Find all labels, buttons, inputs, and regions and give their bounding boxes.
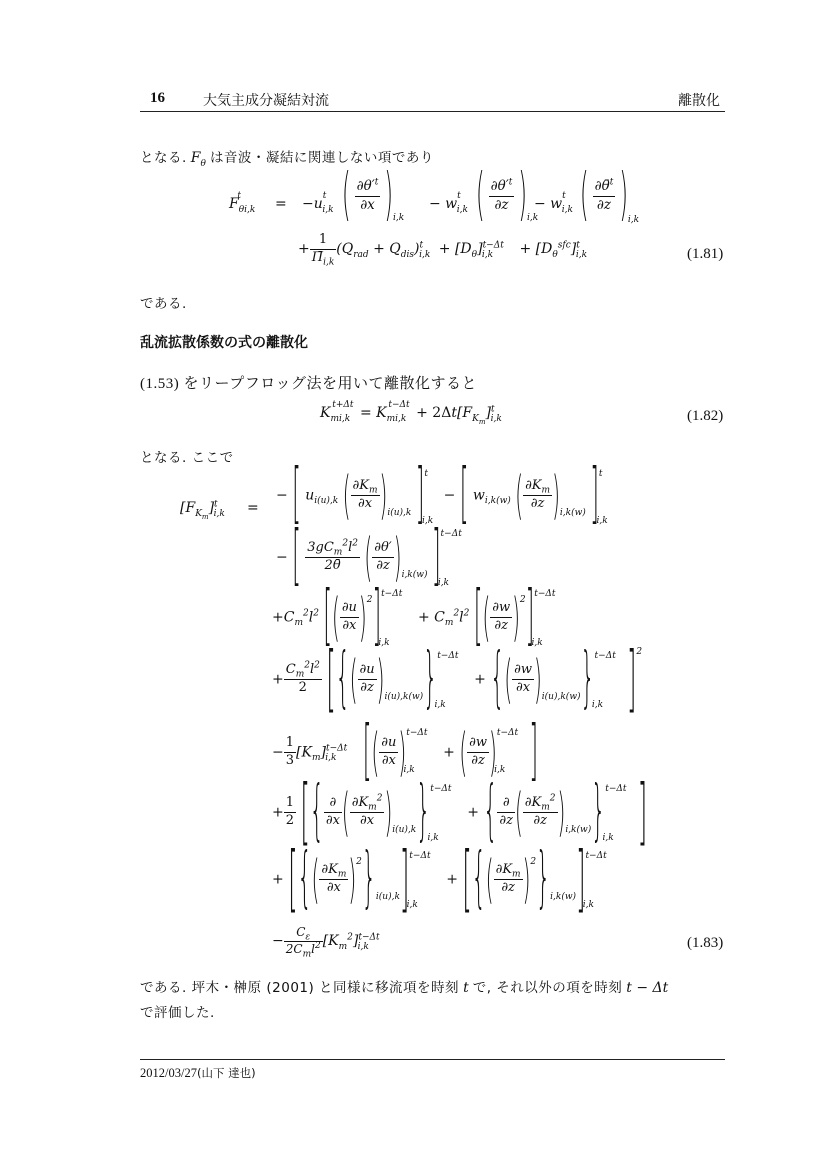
paragraph-after-182: となる. ここで (140, 446, 234, 466)
paragraph-after-181: である. (140, 292, 187, 312)
paragraph-intro-182: (1.53) をリープフロッグ法を用いて離散化すると (140, 372, 477, 393)
footer-author: (山下 達也) (197, 1066, 256, 1080)
footer-date: 2012/03/27 (140, 1066, 197, 1080)
text: で, それ以外の項を時刻 (473, 980, 623, 996)
chapter-title: 大気主成分凝結対流 (203, 90, 329, 110)
paragraph-closing-line2: で評価した. (140, 1001, 215, 1021)
math-t-minus-dt: t − Δt (626, 980, 668, 996)
subsection-heading: 乱流拡散係数の式の離散化 (140, 332, 308, 352)
header-rule (140, 111, 725, 112)
page-number: 16 (150, 90, 165, 107)
sub: θ (201, 159, 206, 169)
footer: 2012/03/27(山下 達也) (140, 1064, 256, 1082)
equation-1-81-line2: +1Π̄i,k(Qrad + Qdis)ti,k + [Dθ]t−Δti,k +… (298, 232, 591, 267)
var: F (191, 150, 201, 166)
paragraph-closing-line1: である. 坪木・榊原 (2001) と同様に移流項を時刻 t で, それ以外の項… (140, 976, 668, 997)
section-title: 離散化 (678, 90, 720, 110)
text: となる. (140, 150, 187, 166)
text: (1.53) をリープフロッグ法を用いて離散化すると (140, 376, 477, 392)
text: である. 坪木・榊原 (2001) と同様に移流項を時刻 (140, 980, 459, 996)
text: は音波・凝結に関連しない項であり (210, 150, 434, 166)
math-F-theta: Fθ (191, 150, 206, 166)
equation-number-1-83: (1.83) (687, 935, 723, 952)
equation-number-1-82: (1.82) (687, 408, 723, 425)
footer-rule (140, 1059, 725, 1060)
math-t: t (463, 980, 469, 996)
equation-1-82: Kmi,kt+Δt = Kmi,kt−Δt + 2Δt[FKm]ti,k (320, 405, 506, 422)
equation-number-1-81: (1.81) (687, 246, 723, 263)
